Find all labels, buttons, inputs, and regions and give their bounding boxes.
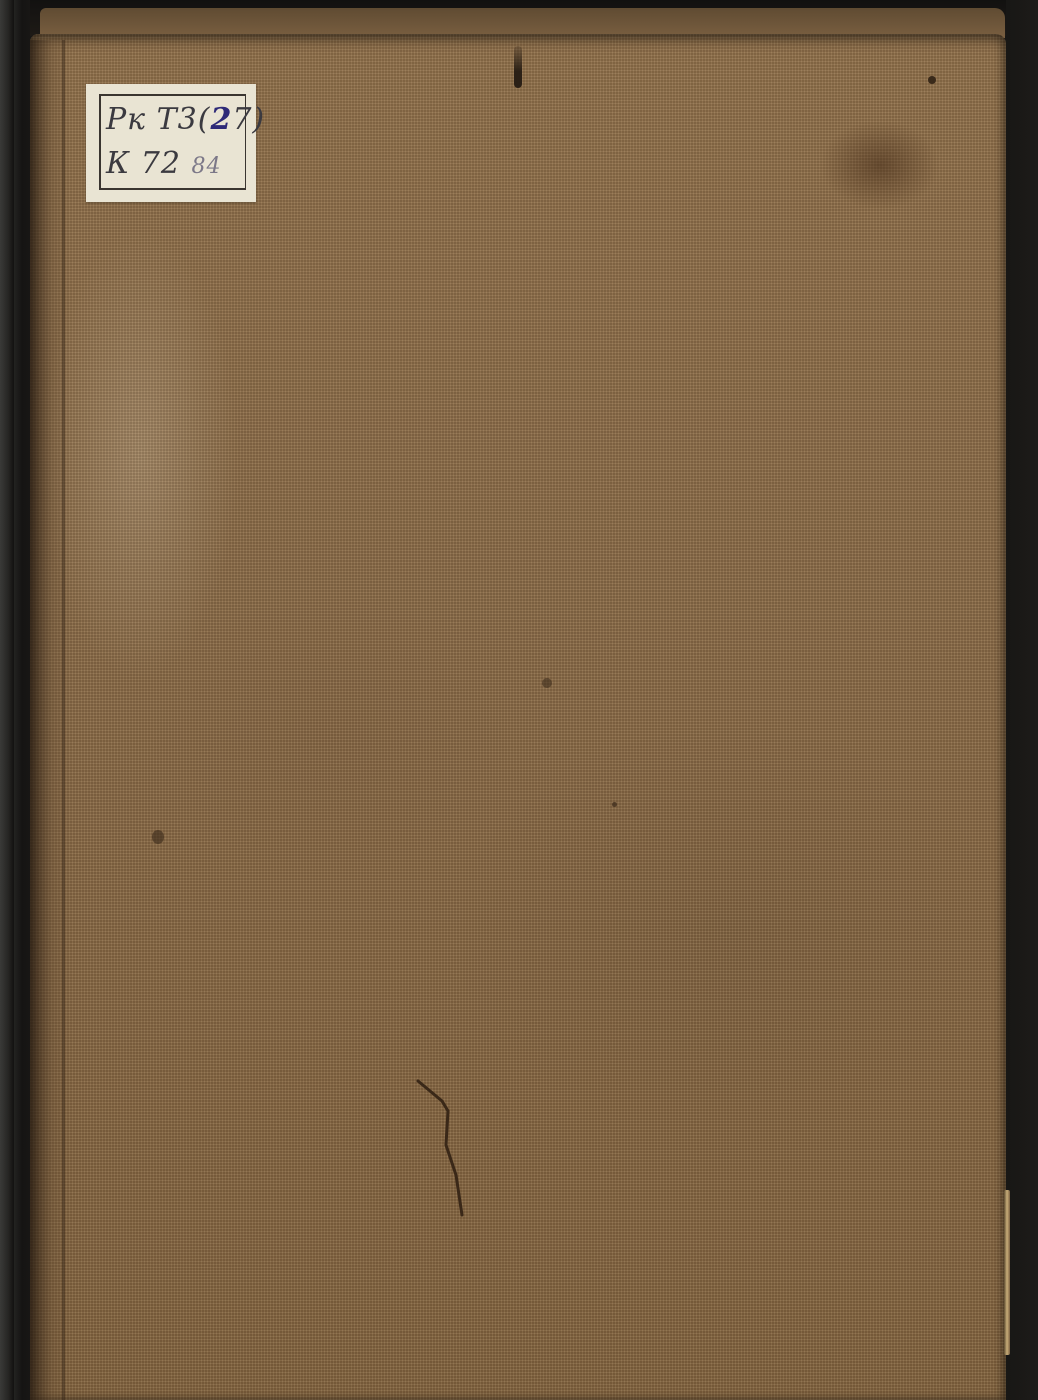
label-line-2-main: К 72: [106, 146, 181, 181]
spot: [928, 76, 936, 84]
spot: [152, 830, 164, 844]
label-line-1-suffix: 7): [232, 102, 265, 137]
top-right-stain: [820, 120, 940, 210]
label-line-2: К 72 84: [106, 146, 221, 181]
label-line-2-faint: 84: [191, 154, 221, 179]
ink-mark: [514, 46, 522, 88]
label-line-1-prefix: Pк Т3(: [106, 102, 210, 137]
spot: [612, 802, 617, 807]
spine-crease: [62, 40, 65, 1400]
call-number-label: Pк Т3(27) К 72 84: [86, 84, 256, 202]
scanner-edge: [0, 0, 14, 1400]
label-line-1: Pк Т3(27): [106, 102, 265, 137]
book-cover: [30, 34, 1006, 1400]
page-edge: [1004, 1190, 1010, 1355]
label-line-1-digit: 2: [210, 102, 232, 137]
spot: [542, 678, 552, 688]
lower-center-scratch: [410, 1075, 480, 1235]
